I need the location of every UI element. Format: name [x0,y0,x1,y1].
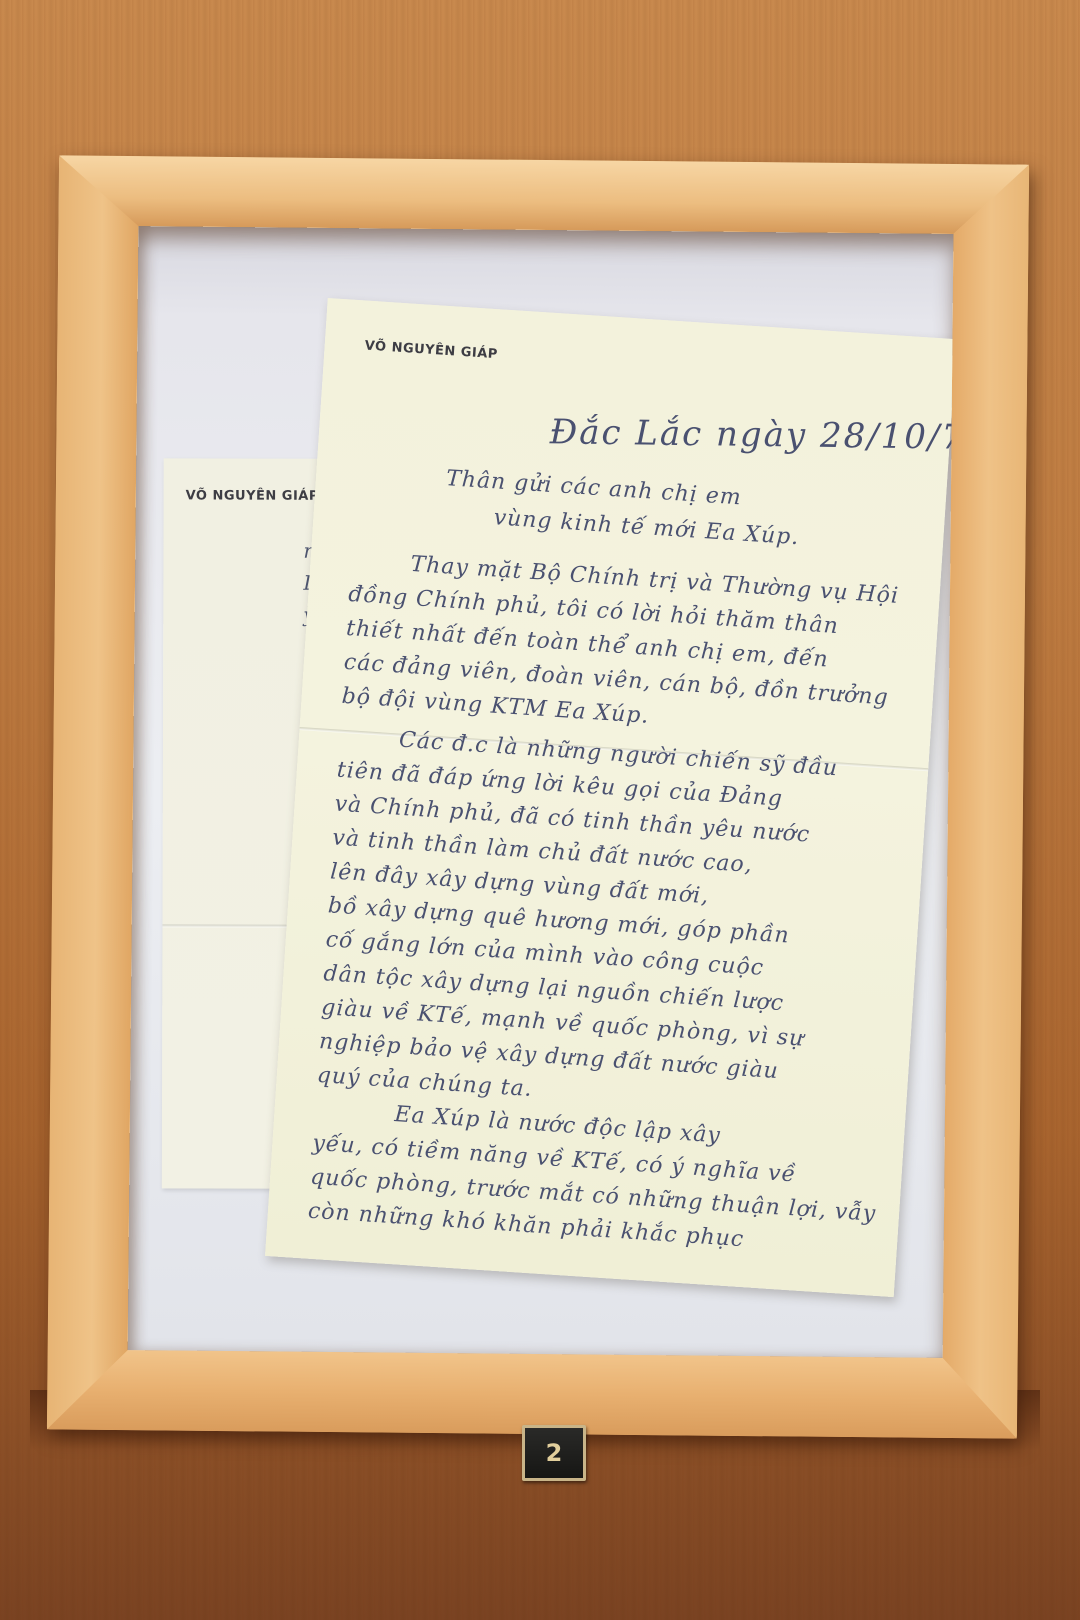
letter-greeting: vùng kinh tế mới Ea Xúp. [493,505,800,550]
front-letter-sheet: VÕ NGUYÊN GIÁP Đắc Lắc ngày 28/10/78 Thâ… [265,298,953,1297]
frame-mat: VÕ NGUYÊN GIÁP nl Lı ỳ VÕ NGUYÊN GIÁP Đắ… [128,226,954,1358]
letter-body-line: quý của chúng ta. [316,1063,533,1102]
picture-frame: VÕ NGUYÊN GIÁP nl Lı ỳ VÕ NGUYÊN GIÁP Đắ… [47,155,1029,1438]
letter-greeting: Thân gửi các anh chị em [445,466,742,510]
exhibit-number: 2 [546,1439,563,1467]
back-letterhead: VÕ NGUYÊN GIÁP [186,488,319,503]
frame-right-rail [942,164,1029,1439]
letter-date: Đắc Lắc ngày 28/10/78 [550,412,954,458]
frame-top-rail [58,155,1029,234]
frame-left-rail [47,155,139,1430]
letter-body: Thay mặt Bộ Chính trị và Thường vụ Hộiđồ… [328,298,954,339]
exhibit-number-plate: 2 [522,1425,586,1481]
handwritten-letter: Đắc Lắc ngày 28/10/78 Thân gửi các anh c… [265,298,953,1297]
